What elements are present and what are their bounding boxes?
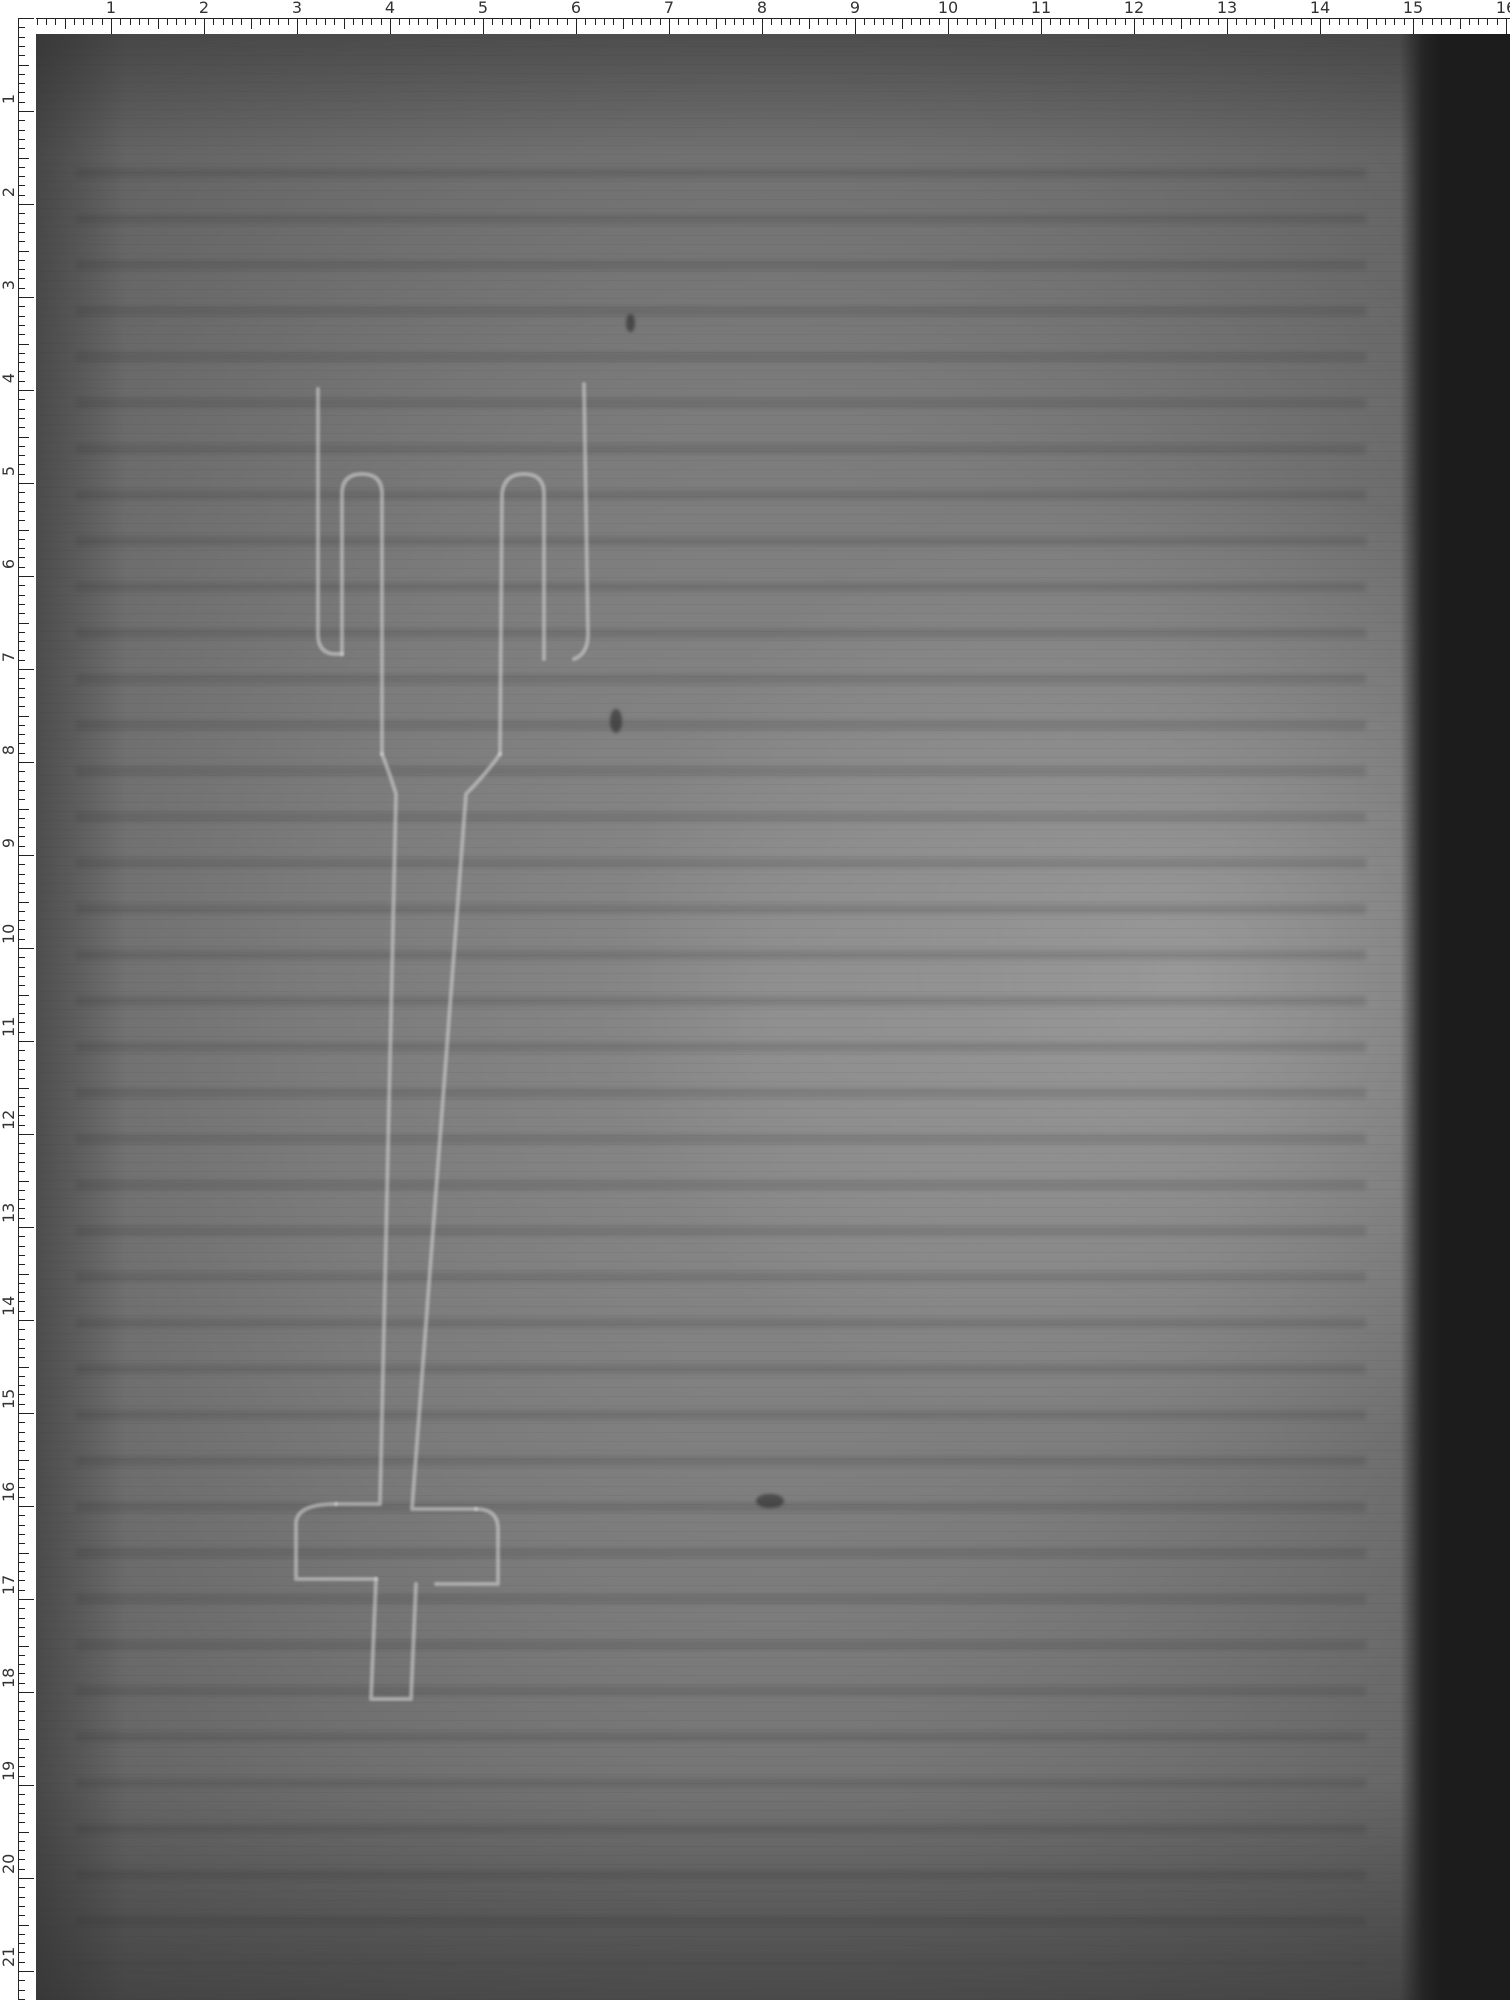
top-ruler-tick: [316, 18, 317, 25]
left-ruler-tick: [18, 251, 29, 252]
top-ruler-label: 15: [1403, 0, 1423, 16]
top-ruler-tick: [1339, 18, 1340, 25]
top-ruler-tick: [1450, 18, 1451, 25]
left-ruler-tick: [18, 1813, 25, 1814]
top-ruler-tick: [911, 18, 912, 25]
top-ruler-tick: [957, 18, 958, 25]
top-ruler-tick: [102, 18, 103, 25]
left-ruler-tick: [18, 1664, 25, 1665]
top-ruler-tick: [260, 18, 261, 25]
left-ruler-tick: [18, 381, 25, 382]
left-ruler-tick: [18, 1320, 34, 1321]
top-ruler-tick: [381, 18, 382, 25]
top-ruler-tick: [1069, 18, 1070, 25]
top-ruler-tick: [130, 18, 131, 25]
left-ruler-tick: [18, 288, 25, 289]
left-ruler-label: 18: [1, 1672, 17, 1688]
left-ruler-tick: [18, 530, 29, 531]
top-ruler-tick: [706, 18, 707, 25]
top-ruler-tick: [455, 18, 456, 25]
left-ruler-tick: [18, 92, 25, 93]
left-ruler-tick: [18, 855, 34, 856]
top-ruler-tick: [344, 18, 345, 29]
left-ruler-tick: [18, 1385, 25, 1386]
top-ruler-tick: [399, 18, 400, 25]
left-ruler-tick: [18, 1990, 25, 1991]
left-ruler-tick: [18, 1925, 29, 1926]
left-ruler-tick: [18, 195, 25, 196]
left-ruler-tick: [18, 1143, 25, 1144]
left-ruler-tick: [18, 809, 29, 810]
top-ruler-tick: [74, 18, 75, 25]
top-ruler-tick: [697, 18, 698, 25]
left-ruler-tick: [18, 1283, 25, 1284]
top-ruler-tick: [781, 18, 782, 25]
top-ruler-tick: [232, 18, 233, 25]
left-ruler-tick: [18, 1655, 25, 1656]
left-ruler-tick: [18, 1348, 25, 1349]
left-ruler-label: 15: [1, 1393, 17, 1409]
left-ruler-tick: [18, 1952, 25, 1953]
top-ruler-tick: [855, 18, 856, 34]
left-ruler-tick: [18, 1246, 25, 1247]
top-ruler-tick: [632, 18, 633, 25]
top-ruler: 012345678910111213141516: [0, 0, 1510, 34]
left-ruler-tick: [18, 1599, 34, 1600]
left-ruler-tick: [18, 818, 25, 819]
top-ruler-tick: [809, 18, 810, 29]
left-ruler-tick: [18, 892, 25, 893]
left-ruler-tick: [18, 1422, 25, 1423]
left-ruler-tick: [18, 1329, 25, 1330]
left-ruler-tick: [18, 1367, 29, 1368]
left-ruler-tick: [18, 585, 25, 586]
top-ruler-tick: [818, 18, 819, 25]
top-ruler-tick: [474, 18, 475, 25]
left-ruler-tick: [18, 18, 34, 19]
left-ruler-tick: [18, 344, 29, 345]
top-ruler-tick: [1376, 18, 1377, 25]
left-ruler-tick: [18, 55, 25, 56]
top-ruler-tick: [1413, 18, 1414, 34]
left-ruler-tick: [18, 1339, 25, 1340]
left-ruler-label: 21: [1, 1951, 17, 1967]
left-ruler-tick: [18, 1869, 25, 1870]
left-ruler-tick: [18, 418, 25, 419]
left-ruler-tick: [18, 1506, 34, 1507]
left-ruler-tick: [18, 976, 25, 977]
left-ruler-tick: [18, 604, 25, 605]
top-ruler-tick: [1208, 18, 1209, 25]
page-edge-shadow: [1400, 34, 1510, 2000]
left-ruler-label: 16: [1, 1486, 17, 1502]
top-ruler-tick: [325, 18, 326, 25]
left-ruler-tick: [18, 1515, 25, 1516]
left-ruler-tick: [18, 1776, 25, 1777]
left-ruler-tick: [18, 1580, 25, 1581]
top-ruler-tick: [939, 18, 940, 25]
top-ruler-tick: [371, 18, 372, 25]
left-ruler-tick: [18, 557, 25, 558]
top-ruler-tick: [762, 18, 763, 34]
top-ruler-tick: [148, 18, 149, 25]
left-ruler-tick: [18, 46, 25, 47]
top-ruler-tick: [1041, 18, 1042, 34]
left-ruler-tick: [18, 939, 25, 940]
left-ruler-tick: [18, 1962, 25, 1963]
left-ruler-tick: [18, 167, 25, 168]
top-ruler-tick: [669, 18, 670, 34]
left-ruler-tick: [18, 1078, 25, 1079]
top-ruler-tick: [995, 18, 996, 29]
left-ruler-tick: [18, 437, 29, 438]
top-ruler-tick: [548, 18, 549, 25]
left-ruler-tick: [18, 827, 25, 828]
left-ruler-tick: [18, 1553, 29, 1554]
top-ruler-tick: [334, 18, 335, 25]
left-ruler-label: 20: [1, 1858, 17, 1874]
top-ruler-label: 5: [478, 0, 488, 16]
top-ruler-tick: [1022, 18, 1023, 25]
top-ruler-label: 11: [1031, 0, 1051, 16]
top-ruler-tick: [139, 18, 140, 25]
top-ruler-tick: [37, 18, 38, 25]
top-ruler-tick: [1236, 18, 1237, 25]
left-ruler-tick: [18, 920, 25, 921]
top-ruler-tick: [511, 18, 512, 25]
left-ruler-tick: [18, 1060, 25, 1061]
top-ruler-tick: [1088, 18, 1089, 29]
top-ruler-tick: [1404, 18, 1405, 25]
top-ruler-tick: [437, 18, 438, 29]
top-ruler-tick: [864, 18, 865, 25]
left-ruler-tick: [18, 213, 25, 214]
top-ruler-tick: [846, 18, 847, 25]
left-ruler-tick: [18, 1497, 25, 1498]
left-ruler-tick: [18, 1255, 25, 1256]
left-ruler-tick: [18, 1376, 25, 1377]
left-ruler-tick: [18, 1469, 25, 1470]
left-ruler-tick: [18, 539, 25, 540]
top-ruler-tick: [883, 18, 884, 25]
top-ruler-tick: [204, 18, 205, 34]
top-ruler-label: 4: [385, 0, 395, 16]
left-ruler-tick: [18, 743, 25, 744]
left-ruler-tick: [18, 725, 25, 726]
top-ruler-tick: [1246, 18, 1247, 25]
manuscript-scan: [36, 34, 1510, 2000]
ink-spot: [626, 314, 635, 332]
top-ruler-label: 8: [757, 0, 767, 16]
left-ruler-tick: [18, 148, 25, 149]
left-ruler-tick: [18, 1292, 25, 1293]
left-ruler-tick: [18, 120, 25, 121]
top-ruler-tick: [1283, 18, 1284, 25]
top-ruler-tick: [353, 18, 354, 25]
top-ruler-tick: [167, 18, 168, 25]
left-ruler-tick: [18, 511, 25, 512]
left-ruler-tick: [18, 1943, 25, 1944]
top-ruler-tick: [288, 18, 289, 25]
top-ruler-tick: [948, 18, 949, 34]
left-ruler-tick: [18, 520, 25, 521]
top-ruler-tick: [1162, 18, 1163, 25]
top-ruler-tick: [92, 18, 93, 25]
top-ruler-tick: [195, 18, 196, 25]
left-ruler-tick: [18, 1785, 34, 1786]
left-ruler-label: 1: [1, 91, 17, 107]
top-ruler-tick: [83, 18, 84, 25]
top-ruler-label: 14: [1310, 0, 1330, 16]
top-ruler-tick: [1478, 18, 1479, 25]
top-ruler-tick: [1153, 18, 1154, 25]
top-ruler-tick: [1032, 18, 1033, 25]
top-ruler-tick: [1432, 18, 1433, 25]
left-ruler-tick: [18, 316, 25, 317]
left-ruler-tick: [18, 632, 25, 633]
left-ruler-tick: [18, 1841, 25, 1842]
ink-spot: [756, 1494, 784, 1508]
top-ruler-tick: [1441, 18, 1442, 25]
left-ruler-tick: [18, 678, 25, 679]
left-ruler-tick: [18, 669, 34, 670]
left-ruler-tick: [18, 1729, 25, 1730]
top-ruler-tick: [1385, 18, 1386, 25]
top-ruler-tick: [1348, 18, 1349, 25]
top-ruler-tick: [1497, 18, 1498, 25]
top-ruler-tick: [223, 18, 224, 25]
left-ruler-tick: [18, 1088, 29, 1089]
left-ruler-tick: [18, 1748, 25, 1749]
top-ruler-tick: [623, 18, 624, 29]
left-ruler-tick: [18, 1711, 25, 1712]
left-ruler-tick: [18, 1022, 25, 1023]
left-ruler-tick: [18, 1190, 25, 1191]
left-ruler-tick: [18, 1739, 29, 1740]
top-ruler-tick: [297, 18, 298, 34]
top-ruler-tick: [1190, 18, 1191, 25]
top-ruler-tick: [1469, 18, 1470, 25]
left-ruler-tick: [18, 836, 25, 837]
left-ruler-tick: [18, 1794, 25, 1795]
left-ruler-tick: [18, 902, 29, 903]
top-ruler-tick: [902, 18, 903, 29]
left-ruler-tick: [18, 1608, 25, 1609]
left-ruler-tick: [18, 1441, 25, 1442]
left-ruler-tick: [18, 688, 25, 689]
left-ruler-tick: [18, 985, 25, 986]
top-ruler-tick: [269, 18, 270, 25]
left-ruler-tick: [18, 1097, 25, 1098]
left-ruler-tick: [18, 1004, 25, 1005]
top-ruler-tick: [567, 18, 568, 25]
left-ruler-tick: [18, 1069, 25, 1070]
trident-watermark-icon: [36, 34, 1510, 2000]
left-ruler-tick: [18, 1646, 29, 1647]
top-ruler-label: 12: [1124, 0, 1144, 16]
top-ruler-tick: [1320, 18, 1321, 34]
top-ruler-tick: [1311, 18, 1312, 25]
top-ruler-tick: [176, 18, 177, 25]
top-ruler-tick: [120, 18, 121, 25]
left-ruler-tick: [18, 185, 25, 186]
top-ruler-tick: [1487, 18, 1488, 25]
top-ruler-tick: [251, 18, 252, 29]
top-ruler-tick: [771, 18, 772, 25]
top-ruler-tick: [743, 18, 744, 25]
left-ruler-tick: [18, 1757, 25, 1758]
top-ruler-label: 10: [938, 0, 958, 16]
left-ruler-tick: [18, 306, 25, 307]
left-ruler-tick: [18, 27, 25, 28]
left-ruler-tick: [18, 1850, 25, 1851]
left-ruler-tick: [18, 1450, 25, 1451]
top-ruler-label: 1: [106, 0, 116, 16]
left-ruler-tick: [18, 1274, 29, 1275]
left-ruler-tick: [18, 204, 34, 205]
left-ruler-tick: [18, 1013, 25, 1014]
left-ruler-tick: [18, 1218, 25, 1219]
top-ruler-tick: [446, 18, 447, 25]
top-ruler-tick: [539, 18, 540, 25]
top-ruler-tick: [1143, 18, 1144, 25]
left-ruler-tick: [18, 1050, 25, 1051]
top-ruler-tick: [427, 18, 428, 25]
left-ruler-tick: [18, 883, 25, 884]
top-ruler-tick: [595, 18, 596, 25]
top-ruler-tick: [1134, 18, 1135, 34]
top-ruler-tick: [892, 18, 893, 25]
left-ruler-tick: [18, 334, 25, 335]
left-ruler-tick: [18, 427, 25, 428]
left-ruler-tick: [18, 660, 25, 661]
left-ruler-label: 14: [1, 1300, 17, 1316]
left-ruler-tick: [18, 130, 25, 131]
top-ruler-tick: [613, 18, 614, 25]
left-ruler-tick: [18, 995, 29, 996]
top-ruler-tick: [306, 18, 307, 25]
left-ruler-tick: [18, 1125, 25, 1126]
left-ruler-tick: [18, 799, 25, 800]
left-ruler-tick: [18, 158, 29, 159]
left-ruler-tick: [18, 1543, 25, 1544]
left-ruler-tick: [18, 1171, 25, 1172]
top-ruler-tick: [185, 18, 186, 25]
left-ruler-tick: [18, 548, 25, 549]
top-ruler-tick: [111, 18, 112, 34]
left-ruler-tick: [18, 1822, 25, 1823]
left-ruler-label: 2: [1, 184, 17, 200]
top-ruler-tick: [1078, 18, 1079, 25]
left-ruler-tick: [18, 176, 25, 177]
top-ruler-tick: [585, 18, 586, 25]
left-ruler-tick: [18, 464, 25, 465]
left-ruler-tick: [18, 223, 25, 224]
left-ruler-tick: [18, 1487, 25, 1488]
left-ruler-tick: [18, 1460, 29, 1461]
top-ruler-tick: [1460, 18, 1461, 29]
top-ruler-label: 7: [664, 0, 674, 16]
left-ruler-tick: [18, 139, 25, 140]
left-ruler-tick: [18, 1199, 25, 1200]
top-ruler-label: 9: [850, 0, 860, 16]
left-ruler-tick: [18, 1264, 25, 1265]
left-ruler-tick: [18, 697, 25, 698]
top-ruler-tick: [213, 18, 214, 25]
left-ruler-tick: [18, 325, 25, 326]
left-ruler-tick: [18, 492, 25, 493]
left-ruler-tick: [18, 762, 34, 763]
top-ruler-tick: [492, 18, 493, 25]
top-ruler-tick: [1301, 18, 1302, 25]
left-ruler-tick: [18, 1906, 25, 1907]
top-ruler-tick: [464, 18, 465, 25]
left-ruler-tick: [18, 83, 25, 84]
left-ruler-tick: [18, 1720, 25, 1721]
left-ruler-tick: [18, 1208, 25, 1209]
left-ruler-tick: [18, 595, 25, 596]
top-ruler-tick: [688, 18, 689, 25]
top-ruler-tick: [929, 18, 930, 25]
left-ruler-label: 9: [1, 835, 17, 851]
top-ruler-label: 13: [1217, 0, 1237, 16]
left-ruler-tick: [18, 911, 25, 912]
left-ruler-tick: [18, 278, 25, 279]
left-ruler-tick: [18, 232, 25, 233]
left-ruler-tick: [18, 1683, 25, 1684]
top-ruler-tick: [1357, 18, 1358, 25]
left-ruler-tick: [18, 1534, 25, 1535]
top-ruler-tick: [1255, 18, 1256, 25]
left-ruler-tick: [18, 1394, 25, 1395]
left-ruler-tick: [18, 474, 25, 475]
top-ruler-tick: [678, 18, 679, 25]
left-ruler-tick: [18, 353, 25, 354]
top-ruler-tick: [799, 18, 800, 25]
left-ruler-tick: [18, 1413, 34, 1414]
top-ruler-label: 6: [571, 0, 581, 16]
top-ruler-tick: [46, 18, 47, 25]
left-ruler-tick: [18, 362, 25, 363]
left-ruler-tick: [18, 502, 25, 503]
left-ruler-tick: [18, 1590, 25, 1591]
left-ruler-tick: [18, 967, 25, 968]
top-ruler-tick: [641, 18, 642, 25]
left-ruler-tick: [18, 957, 25, 958]
left-ruler-tick: [18, 1571, 25, 1572]
left-ruler-tick: [18, 753, 25, 754]
left-ruler-tick: [18, 1934, 25, 1935]
top-ruler-tick: [827, 18, 828, 25]
top-ruler-tick: [557, 18, 558, 25]
top-ruler-tick: [1115, 18, 1116, 25]
top-ruler-tick: [1367, 18, 1368, 29]
left-ruler-tick: [18, 399, 25, 400]
left-ruler-tick: [18, 455, 25, 456]
left-ruler-tick: [18, 102, 25, 103]
left-ruler-tick: [18, 1032, 25, 1033]
left-ruler-tick: [18, 641, 25, 642]
top-ruler-tick: [874, 18, 875, 25]
top-ruler-tick: [725, 18, 726, 25]
top-ruler-tick: [520, 18, 521, 25]
scan-vignette-left: [36, 34, 126, 2000]
left-ruler-tick: [18, 790, 25, 791]
left-ruler-tick: [18, 650, 25, 651]
top-ruler-tick: [1181, 18, 1182, 29]
left-ruler-tick: [18, 1562, 25, 1563]
top-ruler-tick: [390, 18, 391, 34]
